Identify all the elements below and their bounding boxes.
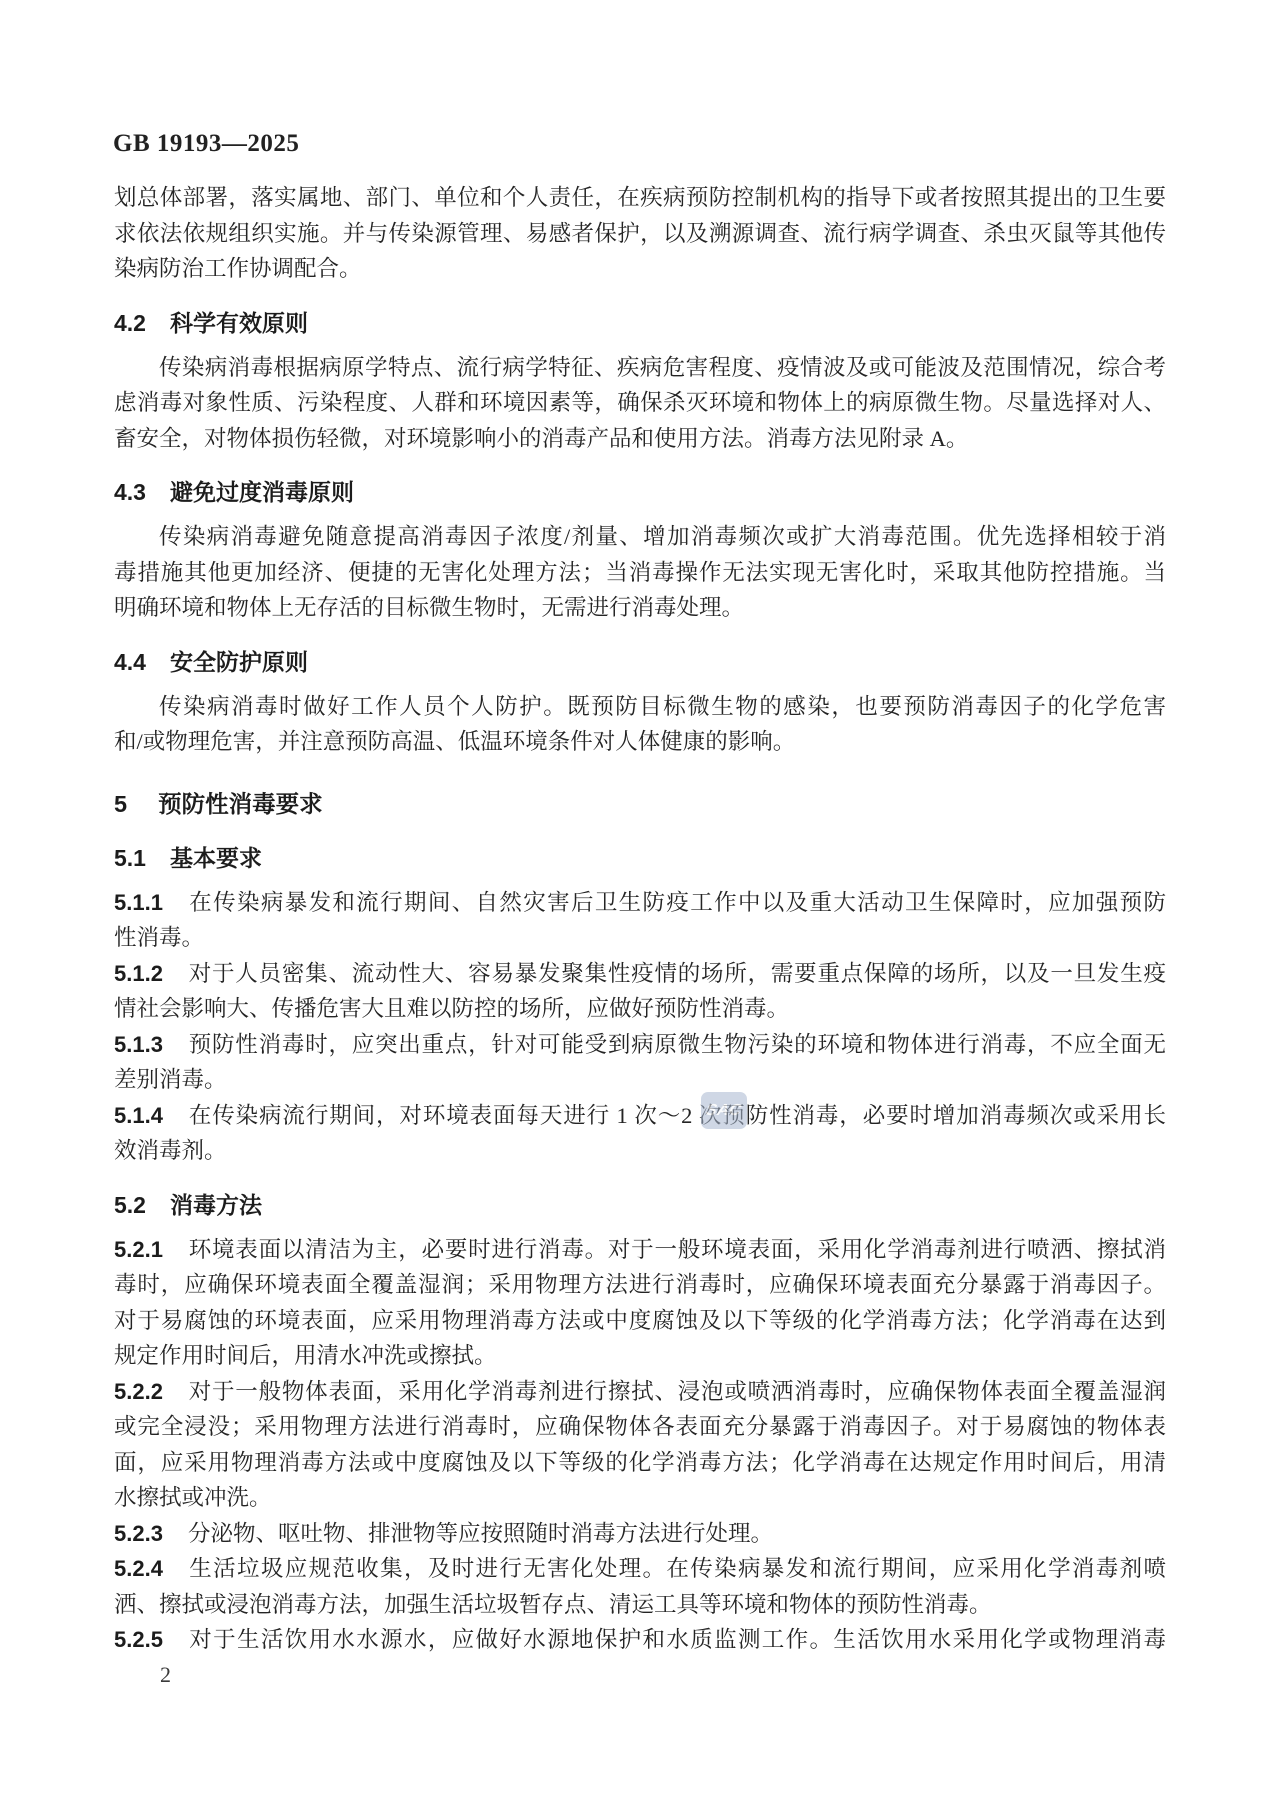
heading-title: 预防性消毒要求: [158, 791, 323, 817]
text-line: 水擦拭或冲洗。: [114, 1480, 1166, 1516]
text-line: 效消毒剂。: [114, 1133, 1166, 1169]
clause-5.2.4: 5.2.4生活垃圾应规范收集，及时进行无害化处理。在传染病暴发和流行期间，应采用…: [114, 1551, 1166, 1622]
heading-number: 5.2: [114, 1192, 146, 1218]
standard-number: GB 19193—2025: [113, 130, 299, 158]
section-heading: 5.1基本要求: [114, 841, 1166, 876]
text-line: 5.1.1在传染病暴发和流行期间、自然灾害后卫生防疫工作中以及重大活动卫生保障时…: [114, 885, 1166, 921]
text-line: 虑消毒对象性质、污染程度、人群和环境因素等，确保杀灭环境和物体上的病原微生物。尽…: [114, 385, 1166, 421]
clause-5.1.4: 5.1.4在传染病流行期间，对环境表面每天进行 1 次～2 次预防性消毒，必要时…: [114, 1098, 1166, 1169]
clause-5.2.5: 5.2.5对于生活饮用水水源水，应做好水源地保护和水质监测工作。生活饮用水采用化…: [114, 1622, 1166, 1658]
clause-5.1.3: 5.1.3预防性消毒时，应突出重点，针对可能受到病原微生物污染的环境和物体进行消…: [114, 1027, 1166, 1098]
section-heading: 5.2消毒方法: [114, 1188, 1166, 1223]
sac-watermark-text: SAC: [705, 1102, 743, 1120]
text-line: 求依法依规组织实施。并与传染源管理、易感者保护，以及溯源调查、流行病学调查、杀虫…: [114, 216, 1166, 252]
clause-number: 5.1.1: [114, 890, 163, 915]
text-line: 传染病消毒时做好工作人员个人防护。既预防目标微生物的感染，也要预防消毒因子的化学…: [114, 689, 1166, 725]
text-line: 对于易腐蚀的环境表面，应采用物理消毒方法或中度腐蚀及以下等级的化学消毒方法；化学…: [114, 1303, 1166, 1339]
text-line: 畜安全，对物体损伤轻微，对环境影响小的消毒产品和使用方法。消毒方法见附录 A。: [114, 421, 1166, 457]
text-line: 传染病消毒根据病原学特点、流行病学特征、疾病危害程度、疫情波及或可能波及范围情况…: [114, 350, 1166, 386]
heading-number: 5: [114, 791, 127, 817]
text-line: 规定作用时间后，用清水冲洗或擦拭。: [114, 1338, 1166, 1374]
text-line: 5.2.2对于一般物体表面，采用化学消毒剂进行擦拭、浸泡或喷洒消毒时，应确保物体…: [114, 1374, 1166, 1410]
heading-number: 4.2: [114, 310, 146, 336]
paragraph: 传染病消毒根据病原学特点、流行病学特征、疾病危害程度、疫情波及或可能波及范围情况…: [114, 350, 1166, 457]
sac-watermark: SAC: [701, 1092, 747, 1129]
section-heading: 4.2科学有效原则: [114, 306, 1166, 341]
text-line: 明确环境和物体上无存活的目标微生物时，无需进行消毒处理。: [114, 590, 1166, 626]
page-number: 2: [160, 1662, 171, 1688]
clause-text: 对于一般物体表面，采用化学消毒剂进行擦拭、浸泡或喷洒消毒时，应确保物体表面全覆盖…: [188, 1379, 1166, 1404]
clause-number: 5.2.1: [114, 1237, 163, 1262]
heading-title: 基本要求: [170, 845, 262, 871]
section-heading: 4.3避免过度消毒原则: [114, 475, 1166, 510]
heading-number: 5.1: [114, 845, 146, 871]
paragraph: 划总体部署，落实属地、部门、单位和个人责任，在疾病预防控制机构的指导下或者按照其…: [114, 180, 1166, 287]
document-page: GB 19193—2025 划总体部署，落实属地、部门、单位和个人责任，在疾病预…: [0, 0, 1280, 1810]
clause-text: 对于人员密集、流动性大、容易暴发聚集性疫情的场所，需要重点保障的场所，以及一旦发…: [188, 961, 1166, 986]
section-heading: 4.4安全防护原则: [114, 645, 1166, 680]
clause-number: 5.1.3: [114, 1032, 163, 1057]
text-line: 5.1.3预防性消毒时，应突出重点，针对可能受到病原微生物污染的环境和物体进行消…: [114, 1027, 1166, 1063]
clause-text: 分泌物、呕吐物、排泄物等应按照随时消毒方法进行处理。: [188, 1521, 773, 1546]
text-line: 划总体部署，落实属地、部门、单位和个人责任，在疾病预防控制机构的指导下或者按照其…: [114, 180, 1166, 216]
text-line: 或完全浸没；采用物理方法进行消毒时，应确保物体各表面充分暴露于消毒因子。对于易腐…: [114, 1409, 1166, 1445]
text-line: 5.2.1环境表面以清洁为主，必要时进行消毒。对于一般环境表面，采用化学消毒剂进…: [114, 1232, 1166, 1268]
clause-number: 5.2.4: [114, 1556, 163, 1581]
paragraph: 传染病消毒时做好工作人员个人防护。既预防目标微生物的感染，也要预防消毒因子的化学…: [114, 689, 1166, 760]
text-line: 5.2.4生活垃圾应规范收集，及时进行无害化处理。在传染病暴发和流行期间，应采用…: [114, 1551, 1166, 1587]
clause-number: 5.2.5: [114, 1627, 163, 1652]
text-line: 毒措施其他更加经济、便捷的无害化处理方法；当消毒操作无法实现无害化时，采取其他防…: [114, 555, 1166, 591]
clause-text: 生活垃圾应规范收集，及时进行无害化处理。在传染病暴发和流行期间，应采用化学消毒剂…: [188, 1556, 1166, 1581]
clause-number: 5.2.3: [114, 1521, 163, 1546]
heading-title: 安全防护原则: [170, 649, 308, 675]
clause-text: 环境表面以清洁为主，必要时进行消毒。对于一般环境表面，采用化学消毒剂进行喷洒、擦…: [188, 1237, 1166, 1262]
text-line: 5.2.3分泌物、呕吐物、排泄物等应按照随时消毒方法进行处理。: [114, 1516, 1166, 1552]
document-body: 划总体部署，落实属地、部门、单位和个人责任，在疾病预防控制机构的指导下或者按照其…: [114, 180, 1166, 1658]
text-line: 情社会影响大、传播危害大且难以防控的场所，应做好预防性消毒。: [114, 991, 1166, 1027]
clause-5.2.3: 5.2.3分泌物、呕吐物、排泄物等应按照随时消毒方法进行处理。: [114, 1516, 1166, 1552]
text-line: 差别消毒。: [114, 1062, 1166, 1098]
heading-title: 科学有效原则: [170, 310, 308, 336]
clause-number: 5.1.2: [114, 961, 163, 986]
text-line: 5.2.5对于生活饮用水水源水，应做好水源地保护和水质监测工作。生活饮用水采用化…: [114, 1622, 1166, 1658]
text-line: 和/或物理危害，并注意预防高温、低温环境条件对人体健康的影响。: [114, 724, 1166, 760]
clause-5.2.1: 5.2.1环境表面以清洁为主，必要时进行消毒。对于一般环境表面，采用化学消毒剂进…: [114, 1232, 1166, 1374]
heading-title: 避免过度消毒原则: [170, 479, 354, 505]
clause-5.1.2: 5.1.2对于人员密集、流动性大、容易暴发聚集性疫情的场所，需要重点保障的场所，…: [114, 956, 1166, 1027]
text-line: 5.1.2对于人员密集、流动性大、容易暴发聚集性疫情的场所，需要重点保障的场所，…: [114, 956, 1166, 992]
clause-text: 在传染病暴发和流行期间、自然灾害后卫生防疫工作中以及重大活动卫生保障时，应加强预…: [188, 890, 1166, 915]
text-line: 面，应采用物理消毒方法或中度腐蚀及以下等级的化学消毒方法；化学消毒在达规定作用时…: [114, 1445, 1166, 1481]
text-line: 洒、擦拭或浸泡消毒方法，加强生活垃圾暂存点、清运工具等环境和物体的预防性消毒。: [114, 1587, 1166, 1623]
heading-number: 4.3: [114, 479, 146, 505]
text-line: 性消毒。: [114, 920, 1166, 956]
clause-5.1.1: 5.1.1在传染病暴发和流行期间、自然灾害后卫生防疫工作中以及重大活动卫生保障时…: [114, 885, 1166, 956]
clause-5.2.2: 5.2.2对于一般物体表面，采用化学消毒剂进行擦拭、浸泡或喷洒消毒时，应确保物体…: [114, 1374, 1166, 1516]
heading-title: 消毒方法: [170, 1192, 262, 1218]
text-line: 染病防治工作协调配合。: [114, 251, 1166, 287]
clause-number: 5.2.2: [114, 1379, 163, 1404]
text-line: 传染病消毒避免随意提高消毒因子浓度/剂量、增加消毒频次或扩大消毒范围。优先选择相…: [114, 519, 1166, 555]
clause-number: 5.1.4: [114, 1103, 163, 1128]
chapter-heading: 5预防性消毒要求: [114, 786, 1166, 822]
clause-text: 在传染病流行期间，对环境表面每天进行 1 次～2 次预防性消毒，必要时增加消毒频…: [188, 1103, 1166, 1128]
heading-number: 4.4: [114, 649, 146, 675]
text-line: 毒时，应确保环境表面全覆盖湿润；采用物理方法进行消毒时，应确保环境表面充分暴露于…: [114, 1267, 1166, 1303]
clause-text: 预防性消毒时，应突出重点，针对可能受到病原微生物污染的环境和物体进行消毒，不应全…: [188, 1032, 1166, 1057]
paragraph: 传染病消毒避免随意提高消毒因子浓度/剂量、增加消毒频次或扩大消毒范围。优先选择相…: [114, 519, 1166, 626]
text-line: 5.1.4在传染病流行期间，对环境表面每天进行 1 次～2 次预防性消毒，必要时…: [114, 1098, 1166, 1134]
clause-text: 对于生活饮用水水源水，应做好水源地保护和水质监测工作。生活饮用水采用化学或物理消…: [188, 1627, 1166, 1652]
